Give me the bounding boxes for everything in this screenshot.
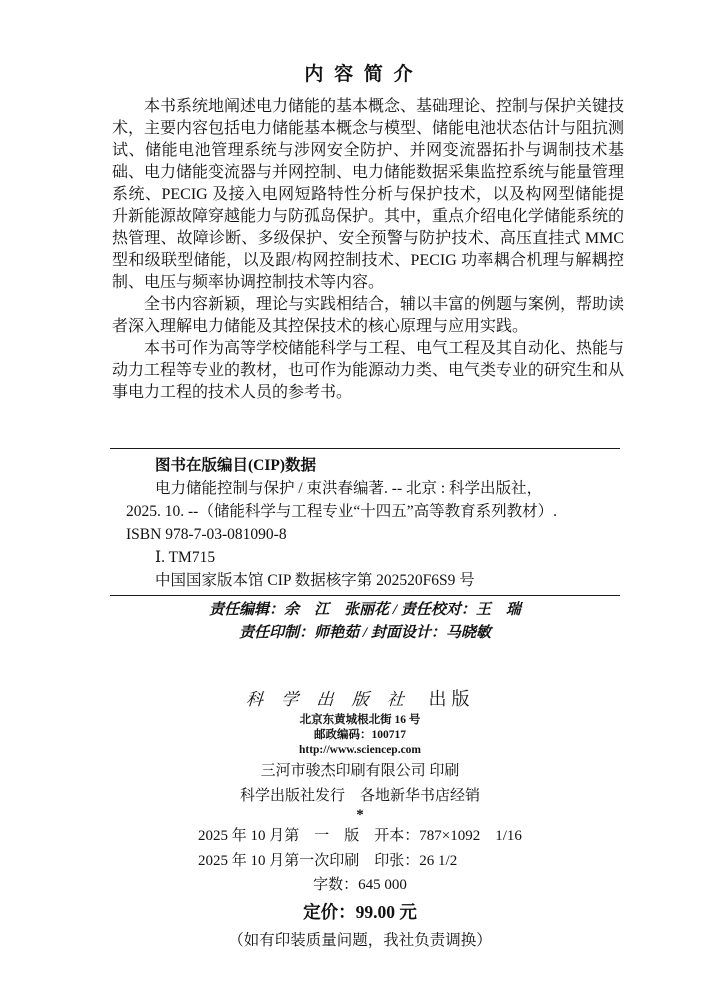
word-count-line: 字数：645 000	[0, 874, 720, 896]
edition-line: 2025 年 10 月第 一 版 开本：787×1092 1/16	[198, 824, 522, 849]
cip-section: 图书在版编目(CIP)数据 电力储能控制与保护 / 束洪春编著. -- 北京 :…	[110, 448, 620, 596]
quality-note: （如有印装质量问题，我社负责调换）	[0, 930, 720, 952]
divider-line-top	[110, 448, 620, 449]
staff-editors-line: 责任编辑：余 江 张丽花 / 责任校对：王 瑞	[110, 599, 620, 622]
summary-paragraph-3: 本书可作为高等学校储能科学与工程、电气工程及其自动化、热能与动力工程等专业的教材…	[112, 338, 624, 404]
copyright-page: 内 容 简 介 本书系统地阐述电力储能的基本概念、基础理论、控制与保护关键技术，…	[0, 0, 720, 1000]
asterisk-divider: *	[0, 809, 720, 822]
divider-line-bottom	[110, 595, 620, 596]
printer-line: 三河市骏杰印刷有限公司 印刷	[0, 761, 720, 782]
cip-title-line: 电力储能控制与保护 / 束洪春编著. -- 北京 : 科学出版社，	[110, 477, 620, 500]
page-title: 内 容 简 介	[0, 62, 720, 88]
impression-line: 2025 年 10 月第一次印刷 印张：26 1/2	[198, 849, 522, 874]
cip-record-number: 中国国家版本馆 CIP 数据核字第 202520F6S9 号	[110, 569, 620, 592]
edition-block: 2025 年 10 月第 一 版 开本：787×1092 1/16 2025 年…	[0, 824, 720, 874]
staff-print-design-line: 责任印制：师艳茹 / 封面设计：马晓敏	[110, 622, 620, 645]
summary-section: 本书系统地阐述电力储能的基本概念、基础理论、控制与保护关键技术，主要内容包括电力…	[112, 96, 624, 404]
price-line: 定价：99.00 元	[0, 900, 720, 924]
cip-isbn: ISBN 978-7-03-081090-8	[110, 523, 620, 546]
publisher-logo-text: 科 学 出 版 社	[245, 688, 412, 712]
publisher-postcode: 邮政编码：100717	[0, 728, 720, 743]
cip-class-number: Ⅰ. TM715	[110, 546, 620, 569]
edition-inner: 2025 年 10 月第 一 版 开本：787×1092 1/16 2025 年…	[198, 824, 522, 874]
distribution-line: 科学出版社发行 各地新华书店经销	[0, 786, 720, 807]
publisher-address: 北京东黄城根北街 16 号	[0, 713, 720, 728]
publisher-role-label: 出版	[429, 689, 475, 709]
summary-paragraph-2: 全书内容新颖，理论与实践相结合，辅以丰富的例题与案例，帮助读者深入理解电力储能及…	[112, 294, 624, 338]
cip-series-line: 2025. 10. --（储能科学与工程专业“十四五”高等教育系列教材）.	[110, 500, 620, 523]
publisher-website: http://www.sciencep.com	[0, 743, 720, 758]
cip-heading: 图书在版编目(CIP)数据	[110, 454, 620, 477]
colophon: 科 学 出 版 社 出版 北京东黄城根北街 16 号 邮政编码：100717 h…	[0, 687, 720, 952]
summary-paragraph-1: 本书系统地阐述电力储能的基本概念、基础理论、控制与保护关键技术，主要内容包括电力…	[112, 96, 624, 294]
staff-credits: 责任编辑：余 江 张丽花 / 责任校对：王 瑞 责任印制：师艳茹 / 封面设计：…	[110, 599, 620, 645]
publisher-line: 科 学 出 版 社 出版	[0, 687, 720, 713]
